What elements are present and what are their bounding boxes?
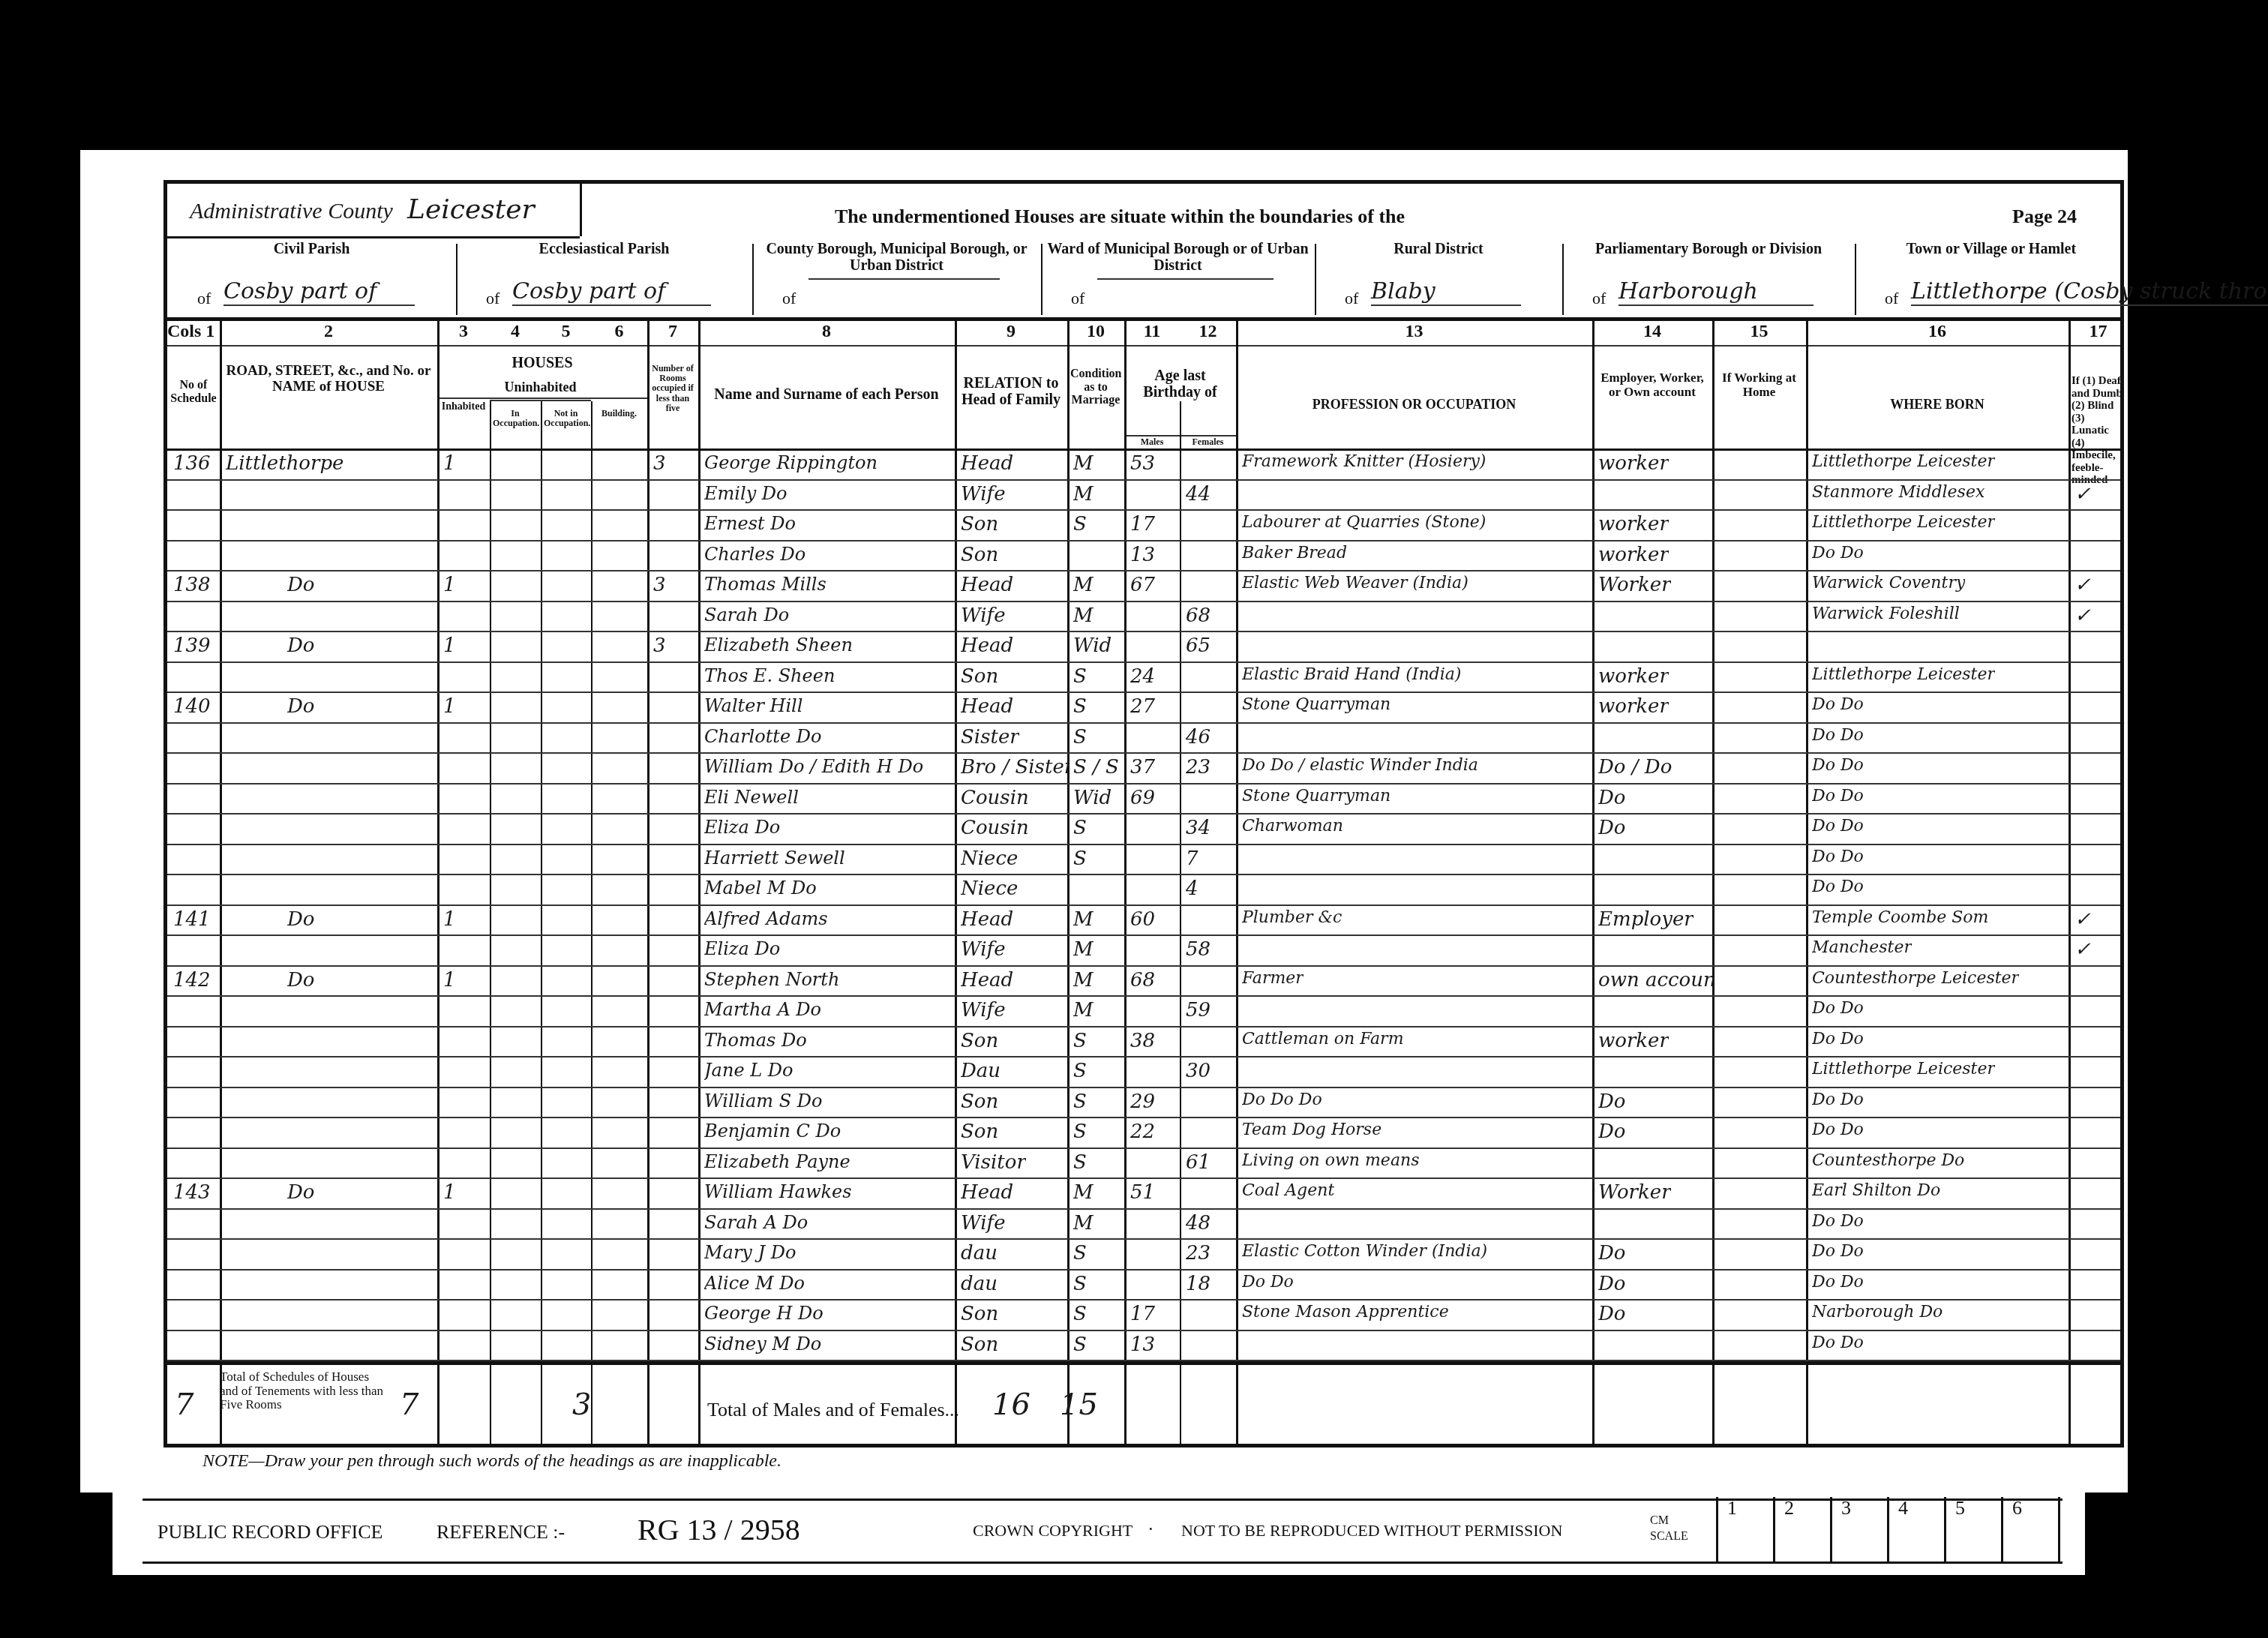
of-label: of [782,289,796,308]
female-age: 18 [1186,1273,1210,1295]
header-in-occupation: In Occupation. [493,409,538,428]
divider [142,1561,2062,1564]
column-number: 8 [698,322,955,342]
header-name: Name and Surname of each Person [701,386,952,403]
employment-status: Do [1598,1242,1626,1264]
female-age: 7 [1186,847,1198,870]
occupation: Do Do Do [1242,1090,1322,1109]
division-value: Littlethorpe (Cosby struck through) [1911,278,2268,306]
inhabited-count: 1 [443,969,456,991]
birthplace: Do Do [1812,695,1864,714]
header-males: Males [1127,437,1177,447]
person-name: Sidney M Do [704,1333,821,1354]
row-rule [167,540,2120,541]
marital-condition: S [1073,1273,1087,1295]
table-row: 140Do1Walter HillHeadS27Stone Quarrymanw… [167,694,2120,724]
division-1: Ecclesiastical ParishofCosby part of [456,236,752,317]
male-age: 69 [1130,787,1155,809]
relation: Head [961,452,1013,475]
male-age: 27 [1130,695,1155,718]
occupation: Labourer at Quarries (Stone) [1242,513,1486,532]
birthplace: Stanmore Middlesex [1812,483,1984,502]
admin-county-value: Leicester [407,194,535,225]
relation: Wife [961,1212,1006,1234]
division-label: Parliamentary Borough or Division [1562,241,1855,257]
birthplace: Do Do [1812,1090,1864,1109]
employment-status: Do [1598,1120,1626,1143]
table-row: Thos E. SheenSonS24Elastic Braid Hand (I… [167,664,2120,694]
schedule-number: 141 [173,908,211,931]
table-row: Eliza DoWifeM58Manchester✓ [167,937,2120,967]
road-name: Do [287,695,315,718]
person-name: William Do / Edith H Do [704,756,923,777]
division-label: Civil Parish [167,241,456,257]
scale-label: CM SCALE [1650,1513,1687,1545]
column-number: 7 [647,322,698,342]
marital-condition: S [1073,1333,1087,1356]
row-rule [167,1147,2120,1149]
row-rule [167,1299,2120,1300]
person-name: Eliza Do [704,817,780,838]
person-name: Mary J Do [704,1242,796,1263]
table-row: Mary J DodauS23Elastic Cotton Winder (In… [167,1240,2120,1271]
rooms-count: 3 [653,634,666,657]
male-age: 13 [1130,1333,1155,1356]
relation: Son [961,513,998,535]
inhabited-count: 1 [443,452,456,475]
division-label: Ward of Municipal Borough or of Urban Di… [1041,241,1315,274]
rooms-count: 3 [653,452,666,475]
total-females: 15 [1060,1387,1098,1422]
inhabited-count: 1 [443,574,456,596]
header-females: Females [1183,437,1233,447]
row-rule [167,752,2120,754]
division-value: Cosby part of [512,278,711,306]
table-row: 139Do13Elizabeth SheenHeadWid65 [167,633,2120,664]
division-2: County Borough, Municipal Borough, or Ur… [752,236,1041,317]
person-name: Thomas Mills [704,574,826,595]
column-number: 5 [541,322,591,342]
relation: Son [961,1090,998,1113]
scale-mark: 2 [1773,1497,1828,1561]
occupation: Charwoman [1242,817,1343,835]
occupation: Framework Knitter (Hosiery) [1242,452,1486,471]
relation: Visitor [961,1151,1026,1174]
header-condition: Condition as to Marriage [1070,367,1121,407]
employment-status: own account [1598,969,1714,991]
birthplace: Do Do [1812,847,1864,866]
person-name: William S Do [704,1090,822,1111]
birthplace: Temple Coombe Som [1812,908,1988,927]
schedule-number: 138 [173,574,211,596]
relation: dau [961,1273,997,1295]
table-row: Alice M DodauS18Do DoDoDo Do [167,1271,2120,1302]
of-label: of [486,289,499,308]
relation: Son [961,1120,998,1143]
male-age: 29 [1130,1090,1155,1113]
total-males: 16 [992,1387,1030,1422]
table-row: Sarah A DoWifeM48Do Do [167,1210,2120,1241]
column-number: Cols 1 [167,322,220,342]
female-age: 68 [1186,604,1210,627]
person-name: Stephen North [704,969,839,990]
marital-condition: S [1073,1090,1087,1113]
division-6: Town or Village or HamletofLittlethorpe … [1855,236,2128,317]
division-value [1097,278,1273,280]
birthplace: Countesthorpe Do [1812,1151,1964,1170]
inhabited-count: 1 [443,695,456,718]
schedule-number: 139 [173,634,211,657]
column-number: 3 [437,322,490,342]
column-number: 13 [1236,322,1592,342]
division-3: Ward of Municipal Borough or of Urban Di… [1041,236,1315,317]
divider [580,184,582,236]
person-name: Charlotte Do [704,726,822,747]
table-row: Benjamin C DoSonS22Team Dog HorseDoDo Do [167,1119,2120,1150]
birthplace: Narborough Do [1812,1303,1942,1321]
person-name: Eli Newell [704,787,799,808]
male-age: 53 [1130,452,1155,475]
male-age: 38 [1130,1030,1155,1052]
employment-status: Do [1598,1090,1626,1113]
marital-condition: M [1073,938,1093,961]
division-value: Blaby [1371,278,1521,306]
person-name: William Hawkes [704,1181,852,1202]
birthplace: Warwick Coventry [1812,574,1965,592]
road-name: Do [287,969,315,991]
road-name: Do [287,908,315,931]
birthplace: Do Do [1812,877,1864,896]
occupation: Elastic Cotton Winder (India) [1242,1242,1487,1261]
female-age: 23 [1186,756,1210,778]
occupation: Elastic Web Weaver (India) [1242,574,1468,592]
table-row: George H DoSonS17Stone Mason ApprenticeD… [167,1301,2120,1332]
page-number: Page 24 [2012,206,2077,228]
employment-status: Do [1598,1273,1626,1295]
marital-condition: M [1073,999,1093,1021]
total-schedules: 7 [175,1387,193,1422]
marital-condition: M [1073,1181,1093,1204]
column-number: 9 [955,322,1067,342]
marital-condition: Wid [1073,634,1111,657]
road-name: Littlethorpe [226,452,344,475]
rooms-count: 3 [653,574,666,596]
table-row: William Do / Edith H DoBro / SisterS / S… [167,754,2120,785]
header-born: WHERE BORN [1809,397,2065,412]
employment-status: Do [1598,817,1626,839]
male-age: 22 [1130,1120,1155,1143]
inhabited-count: 1 [443,634,456,657]
table-row: Sidney M DoSonS13Do Do [167,1332,2120,1363]
row-rule [167,1177,2120,1179]
total-rooms: 3 [572,1387,591,1422]
birthplace: Do Do [1812,1212,1864,1231]
relation: Wife [961,604,1006,627]
person-name: Jane L Do [704,1060,793,1081]
employment-status: Worker [1598,1181,1671,1204]
row-rule [167,1269,2120,1270]
header-uninhabited: Uninhabited [493,380,588,395]
relation: Wife [961,999,1006,1021]
birthplace: Manchester [1812,938,1912,957]
column-number: 17 [2068,322,2128,342]
column-number: 11 [1124,322,1180,342]
table-row: Eli NewellCousinWid69Stone QuarrymanDoDo… [167,785,2120,816]
census-form: Administrative County Leicester The unde… [163,180,2124,1447]
schedule-number: 142 [173,969,211,991]
occupation: Living on own means [1242,1151,1419,1170]
infirmity: ✓ [2074,604,2091,627]
relation: Head [961,695,1013,718]
intro-text: The undermentioned Houses are situate wi… [835,206,1405,228]
column-number: 6 [591,322,647,342]
scale-mark: 1 [1716,1497,1771,1561]
table-row: Harriett SewellNieceS7Do Do [167,846,2120,877]
occupation: Team Dog Horse [1242,1120,1381,1139]
column-number: 12 [1180,322,1236,342]
relation: Son [961,1303,998,1325]
marital-condition: S [1073,726,1087,748]
road-name: Do [287,574,315,596]
row-rule [167,783,2120,784]
scale-mark: 4 [1887,1497,1942,1561]
marital-condition: M [1073,604,1093,627]
person-name: Alfred Adams [704,908,828,929]
occupation: Stone Quarryman [1242,695,1390,714]
division-5: Parliamentary Borough or DivisionofHarbo… [1562,236,1855,317]
male-age: 68 [1130,969,1155,991]
header-at-home: If Working at Home [1715,371,1803,399]
person-name: Thos E. Sheen [704,665,835,686]
female-age: 48 [1186,1212,1210,1234]
marital-condition: M [1073,1212,1093,1234]
male-age: 13 [1130,544,1155,566]
relation: Son [961,1030,998,1052]
birthplace: Do Do [1812,817,1864,835]
relation: Cousin [961,787,1029,809]
inhabited-count: 1 [443,1181,456,1204]
row-rule [167,844,2120,845]
admin-county-label: Administrative County [190,199,393,224]
relation: Head [961,634,1013,657]
divider [167,345,2120,346]
table-row: 142Do1Stephen NorthHeadM68Farmerown acco… [167,967,2120,998]
birthplace: Do Do [1812,999,1864,1018]
row-rule [167,813,2120,814]
marital-condition: S / S [1073,756,1119,778]
column-number: 14 [1592,322,1712,342]
row-rule [167,1117,2120,1118]
birthplace: Do Do [1812,1242,1864,1261]
birthplace: Do Do [1812,1120,1864,1139]
occupation: Farmer [1242,969,1303,988]
row-rule [167,509,2120,511]
marital-condition: S [1073,665,1087,688]
relation: Cousin [961,817,1029,839]
marital-condition: S [1073,1242,1087,1264]
infirmity: ✓ [2074,483,2091,505]
of-label: of [1071,289,1084,308]
birthplace: Do Do [1812,756,1864,775]
column-number: 16 [1806,322,2068,342]
table-row: Charlotte DoSisterS46Do Do [167,724,2120,755]
relation: Head [961,969,1013,991]
person-name: Sarah Do [704,604,789,625]
row-rule [167,1208,2120,1210]
division-label: Ecclesiastical Parish [456,241,752,257]
total-schedules-label: Total of Schedules of Houses and of Tene… [220,1370,385,1412]
column-number: 4 [490,322,541,342]
relation: Sister [961,726,1019,748]
division-value [808,278,1000,280]
male-age: 17 [1130,513,1155,535]
male-age: 24 [1130,665,1155,688]
division-label: County Borough, Municipal Borough, or Ur… [752,241,1041,274]
person-name: Eliza Do [704,938,780,959]
birthplace: Do Do [1812,1030,1864,1048]
marital-condition: S [1073,513,1087,535]
occupation: Plumber &c [1242,908,1342,927]
road-name: Do [287,634,315,657]
relation: Bro / Sister [961,756,1069,778]
employment-status: Worker [1598,574,1671,596]
female-age: 30 [1186,1060,1210,1082]
person-name: Benjamin C Do [704,1120,841,1141]
marital-condition: S [1073,847,1087,870]
schedule-number: 136 [173,452,211,475]
female-age: 44 [1186,483,1210,505]
table-row: Martha A DoWifeM59Do Do [167,997,2120,1028]
employment-status: Employer [1598,908,1693,931]
relation: Head [961,574,1013,596]
office-label: PUBLIC RECORD OFFICE [157,1521,383,1543]
table-row: Emily DoWifeM44Stanmore Middlesex✓ [167,481,2120,512]
header-occupation: PROFESSION OR OCCUPATION [1239,397,1589,412]
relation: Wife [961,483,1006,505]
marital-condition: S [1073,1120,1087,1143]
occupation: Elastic Braid Hand (India) [1242,665,1461,684]
male-age: 60 [1130,908,1155,931]
employment-status: worker [1598,1030,1669,1052]
row-rule [167,631,2120,632]
total-label: Total of Males and of Females... [707,1399,959,1421]
row-rule [167,1026,2120,1027]
row-rule [167,904,2120,906]
relation: Head [961,1181,1013,1204]
relation: Niece [961,847,1018,870]
male-age: 67 [1130,574,1155,596]
female-age: 4 [1186,877,1198,900]
birthplace: Warwick Foleshill [1812,604,1960,623]
division-4: Rural DistrictofBlaby [1315,236,1562,317]
male-age: 17 [1130,1303,1155,1325]
marital-condition: S [1073,1060,1087,1082]
column-number: 10 [1067,322,1124,342]
birthplace: Countesthorpe Leicester [1812,969,2019,988]
table-row: 143Do1William HawkesHeadM51Coal AgentWor… [167,1180,2120,1210]
row-rule [167,1056,2120,1057]
table-row: 141Do1Alfred AdamsHeadM60Plumber &cEmplo… [167,907,2120,937]
employment-status: worker [1598,513,1669,535]
marital-condition: S [1073,695,1087,718]
row-rule [167,722,2120,724]
row-rule [167,1087,2120,1088]
person-name: Walter Hill [704,695,802,716]
female-age: 46 [1186,726,1210,748]
column-number: 15 [1712,322,1806,342]
person-name: Alice M Do [704,1273,805,1294]
header-rooms: Number of Rooms occupied if less than fi… [650,364,695,413]
relation: Dau [961,1060,1000,1082]
division-value: Harborough [1618,278,1813,306]
occupation: Do Do / elastic Winder India [1242,756,1478,775]
female-age: 65 [1186,634,1210,657]
birthplace: Littlethorpe Leicester [1812,1060,1995,1078]
marital-condition: M [1073,908,1093,931]
employment-status: Do [1598,1303,1626,1325]
header-age: Age last Birthday of [1127,367,1233,400]
row-rule [167,874,2120,875]
infirmity: ✓ [2074,938,2091,961]
employment-status: worker [1598,665,1669,688]
person-name: Emily Do [704,483,787,504]
row-rule [167,691,2120,693]
female-age: 61 [1186,1151,1210,1174]
birthplace: Littlethorpe Leicester [1812,452,1995,471]
marital-condition: M [1073,483,1093,505]
row-rule [167,995,2120,997]
scale-mark: 3 [1830,1497,1885,1561]
person-name: Sarah A Do [704,1212,808,1233]
of-label: of [1592,289,1606,308]
table-row: Mabel M DoNiece4Do Do [167,876,2120,907]
divider [437,397,647,399]
of-label: of [1885,289,1898,308]
person-name: Martha A Do [704,999,821,1020]
person-name: Charles Do [704,544,805,565]
marital-condition: M [1073,969,1093,991]
row-rule [167,934,2120,936]
infirmity: ✓ [2074,908,2091,931]
relation: Niece [961,877,1018,900]
scale-mark: 5 [1944,1497,1999,1561]
marital-condition: M [1073,452,1093,475]
table-row: Thomas DoSonS38Cattleman on FarmworkerDo… [167,1028,2120,1059]
table-row: Jane L DoDauS30Littlethorpe Leicester [167,1058,2120,1089]
division-value: Cosby part of [223,278,415,306]
person-name: Elizabeth Sheen [704,634,853,655]
female-age: 58 [1186,938,1210,961]
column-number: 2 [220,322,437,342]
relation: Wife [961,938,1006,961]
occupation: Coal Agent [1242,1181,1334,1200]
row-rule [167,479,2120,481]
marital-condition: S [1073,1151,1087,1174]
of-label: of [197,289,211,308]
header-inhabited: Inhabited [440,401,487,412]
female-age: 34 [1186,817,1210,839]
table-row: 136Littlethorpe13George RippingtonHeadM5… [167,451,2120,481]
employment-status: worker [1598,544,1669,566]
schedule-number: 140 [173,695,211,718]
total-inhabited: 7 [400,1387,418,1422]
divider [167,317,2120,321]
marital-condition: Wid [1073,787,1111,809]
birthplace: Littlethorpe Leicester [1812,665,1995,684]
person-name: Harriett Sewell [704,847,845,868]
note: NOTE—Draw your pen through such words of… [202,1451,781,1471]
occupation: Stone Quarryman [1242,787,1390,805]
